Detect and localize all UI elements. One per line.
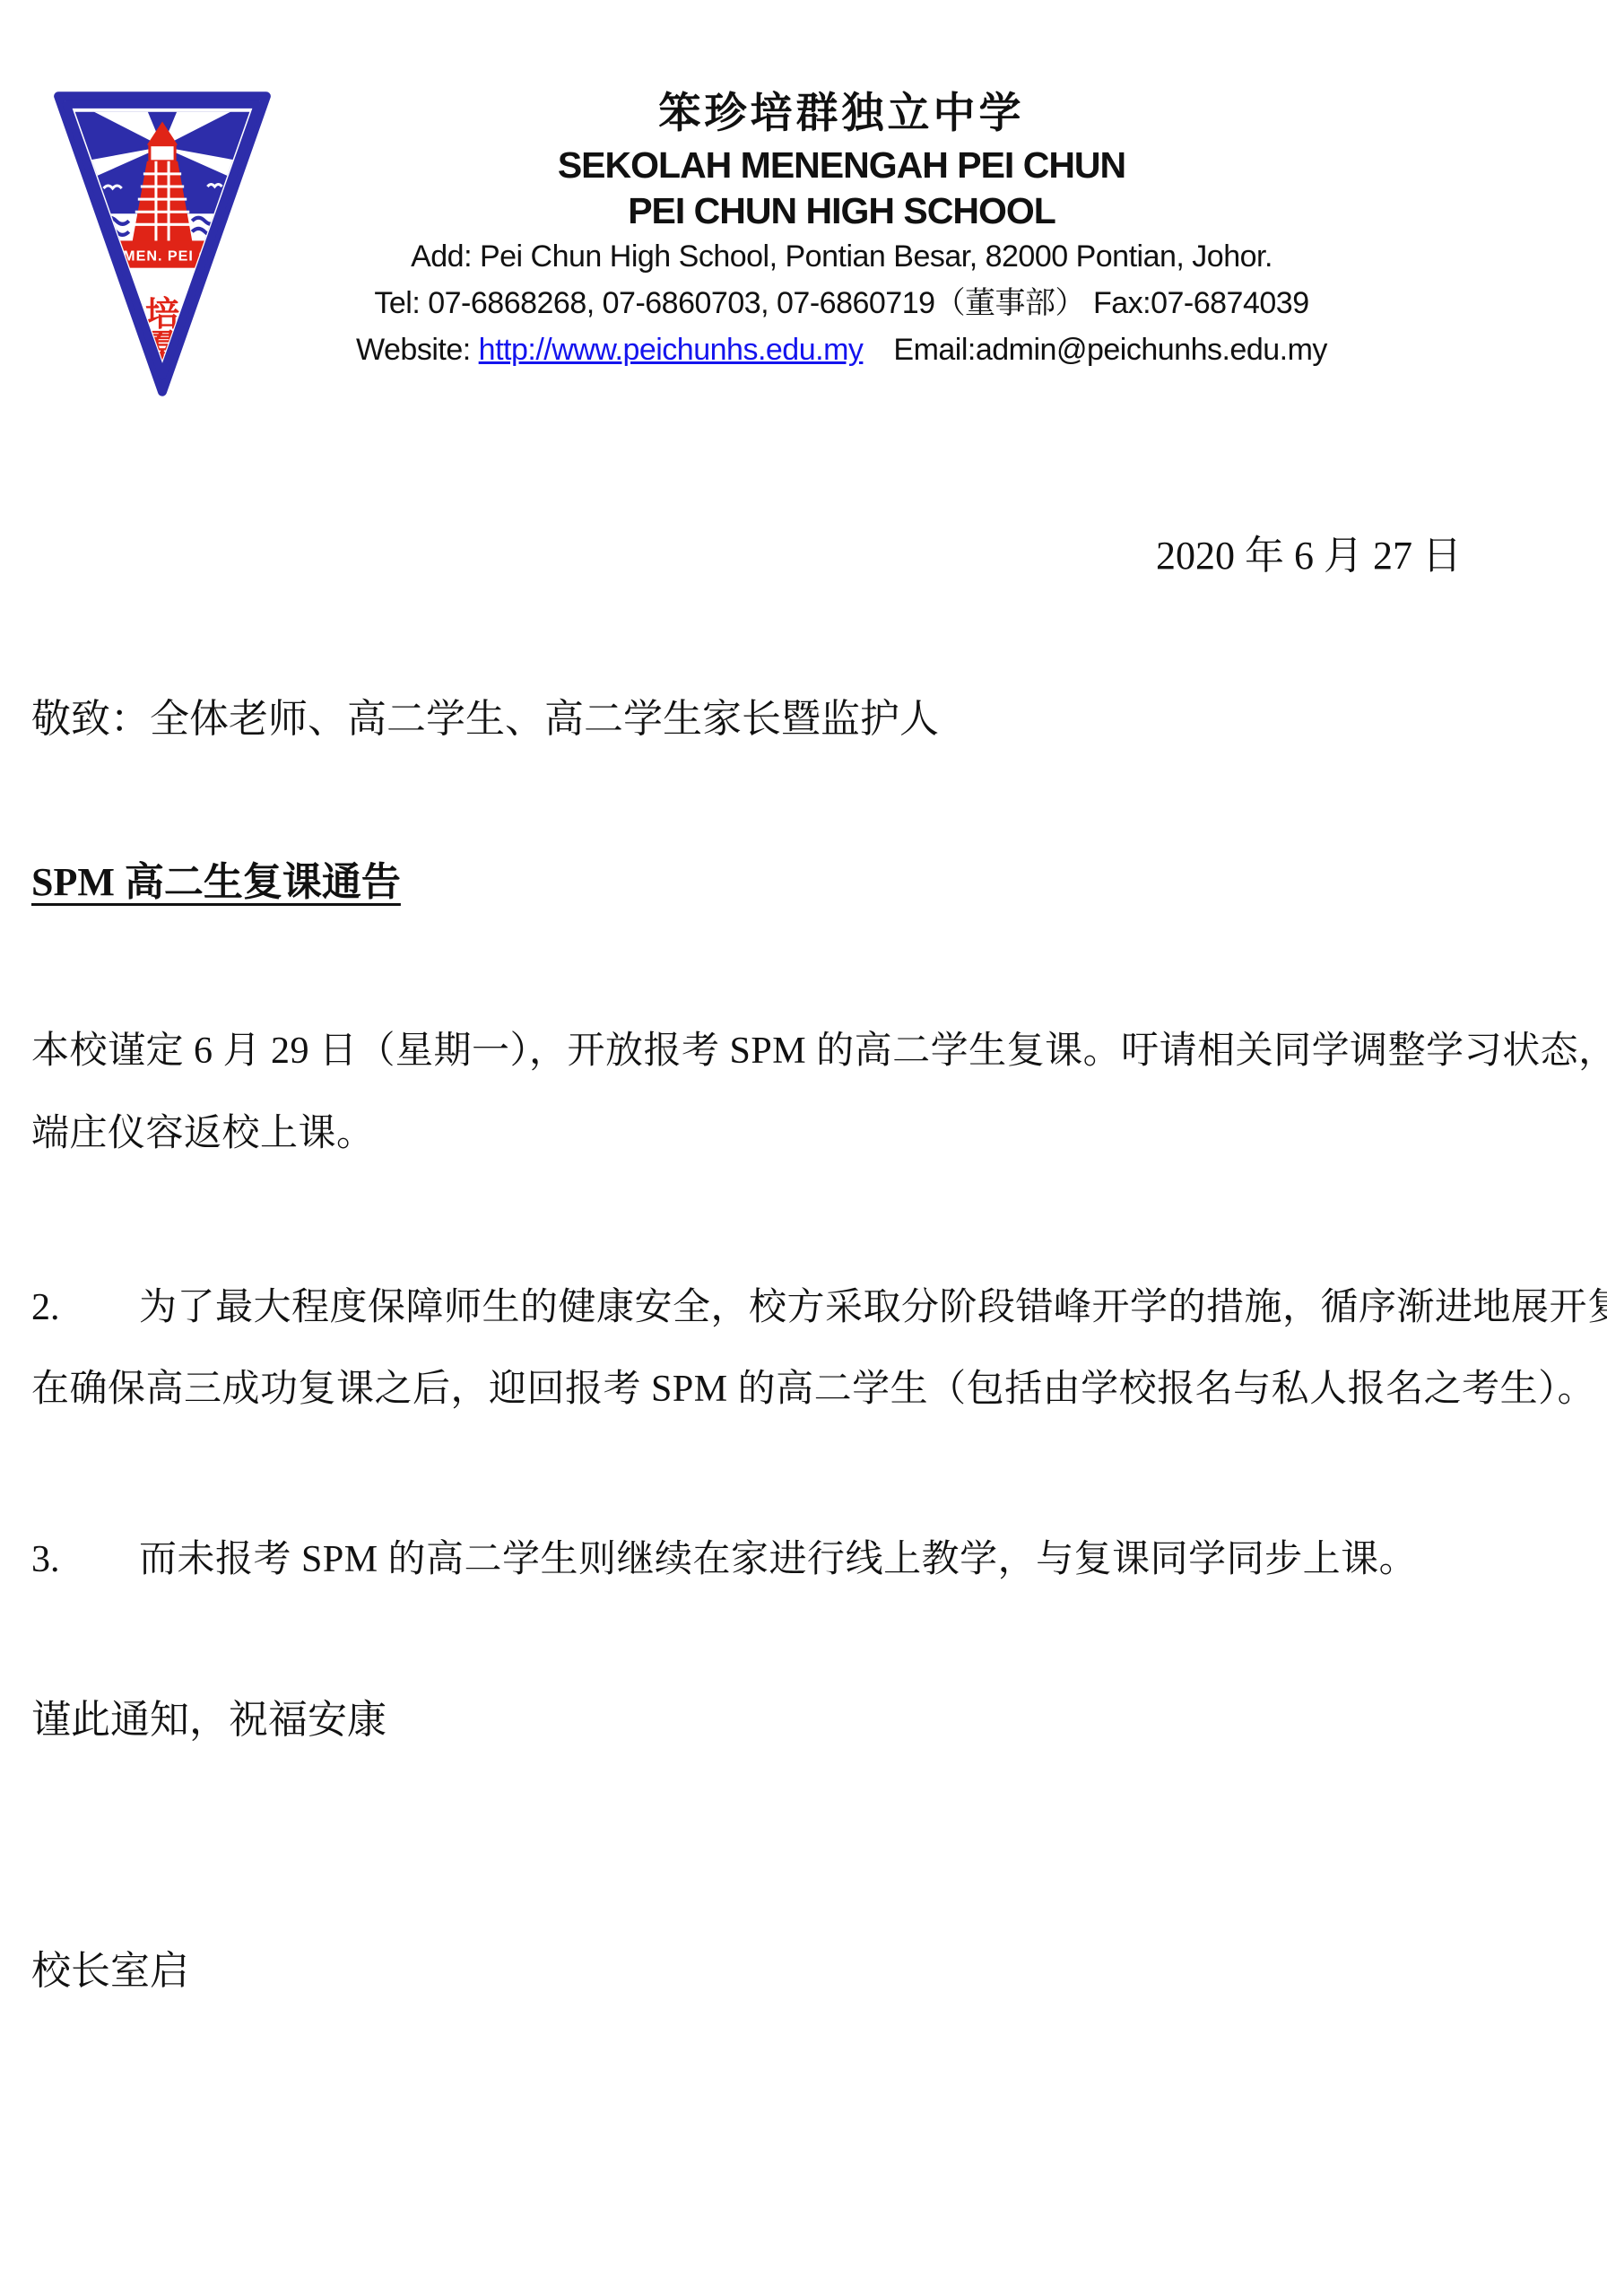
school-name-my: SEKOLAH MENENGAH PEI CHUN <box>103 142 1580 188</box>
date-line: 2020 年 6 月 27 日 <box>1156 529 1462 583</box>
para-3-number: 3. <box>31 1533 139 1587</box>
website-line: Website: http://www.peichunhs.edu.myEmai… <box>103 326 1580 373</box>
para-1-line-2: 端庄仪容返校上课。 <box>31 1107 375 1161</box>
school-name-en: PEI CHUN HIGH SCHOOL <box>103 188 1580 233</box>
para-1-line-1: 本校谨定 6 月 29 日（星期一），开放报考 SPM 的高二学生复课。吁请相关… <box>31 1024 1607 1078</box>
closing-line: 谨此通知，祝福安康 <box>31 1693 387 1747</box>
address-line: Add: Pei Chun High School, Pontian Besar… <box>103 233 1580 280</box>
page: SEK. MEN. PEI CHUN 笨 珍 独 中 培 羣 笨珍培群独立中学 … <box>0 0 1607 2296</box>
school-name-cn: 笨珍培群独立中学 <box>103 86 1580 142</box>
para-3-line-1: 3.而未报考 SPM 的高二学生则继续在家进行线上教学，与复课同学同步上课。 <box>31 1533 1417 1587</box>
website-link[interactable]: http://www.peichunhs.edu.my <box>479 333 864 367</box>
subject-title: SPM 高二生复课通告 <box>31 856 401 909</box>
tel-line: Tel: 07-6868268, 07-6860703, 07-6860719（… <box>103 280 1580 326</box>
para-2-line-1: 2.为了最大程度保障师生的健康安全，校方采取分阶段错峰开学的措施，循序渐进地展开… <box>31 1281 1607 1335</box>
para-2-number: 2. <box>31 1281 139 1335</box>
website-label: Website: <box>356 333 479 367</box>
email-text: Email:admin@peichunhs.edu.my <box>893 333 1327 367</box>
signature-line: 校长室启 <box>31 1944 189 1998</box>
para-2-line-2: 在确保高三成功复课之后，迎回报考 SPM 的高二学生（包括由学校报名与私人报名之… <box>31 1362 1595 1416</box>
letterhead: 笨珍培群独立中学 SEKOLAH MENENGAH PEI CHUN PEI C… <box>103 86 1580 373</box>
salutation: 敬致：全体老师、高二学生、高二学生家长暨监护人 <box>31 692 939 746</box>
para-3-text: 而未报考 SPM 的高二学生则继续在家进行线上教学，与复课同学同步上课。 <box>139 1539 1417 1580</box>
para-2-text: 为了最大程度保障师生的健康安全，校方采取分阶段错峰开学的措施，循序渐进地展开复课… <box>139 1287 1607 1328</box>
